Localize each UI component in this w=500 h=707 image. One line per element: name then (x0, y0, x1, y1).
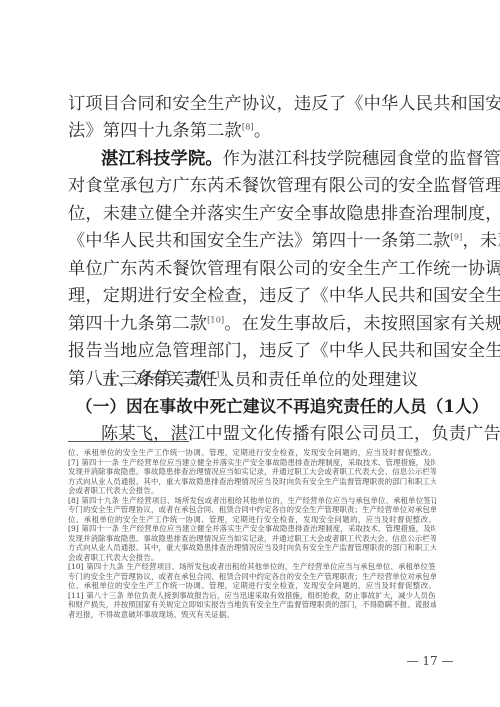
footnote-divider (68, 441, 189, 442)
footnote-line: 者迟报，不得故意破坏事故现场、毁灭有关证据。 (68, 610, 436, 619)
body-line: 第四十九条第二款[10]。在发生事故后，未按照国家有关规定及时 (68, 314, 440, 334)
body-text: 单位广东芮禾餐饮管理有限公司的安全生产工作统一协调、管 (68, 259, 500, 279)
body-text: 《中华人民共和国安全生产法》第四十一条第二款 (68, 231, 451, 251)
footnote-line: [7] 第四十一条 生产经营单位应当建立健全并落实生产安全事故隐患排查治理制度，… (68, 458, 436, 467)
body-text: 法》第四十九条第二款 (68, 121, 242, 141)
body-text: 对食堂承包方广东芮禾餐饮管理有限公司的安全监督管理不到 (68, 176, 500, 196)
body-text: ，未对承包 (462, 231, 500, 251)
footnote-line: 专门的安全生产管理协议，或者在承包合同、租赁合同中约定各自的安全生产管理职责；生… (68, 505, 436, 514)
body-line: 订项目合同和安全生产协议，违反了《中华人民共和国安全生产 (68, 94, 440, 114)
body-line: 对食堂承包方广东芮禾餐饮管理有限公司的安全监督管理不到 (68, 176, 440, 196)
footnote-line: 发现并消除事故隐患。事故隐患排查治理情况应当如实记录，并通过职工大会或者职工代表… (68, 534, 436, 543)
body-line: 位，未建立健全并落实生产安全事故隐患排查治理制度，违反了 (68, 204, 440, 224)
footnote-line: 和财产损失，并按照国家有关规定立即如实报告当地负有安全生产监督管理职责的部门，不… (68, 600, 436, 609)
footnote-line: 发现并消除事故隐患。事故隐患排查治理情况应当如实记录，并通过职工大会或者职工代表… (68, 467, 436, 476)
body-line: 《中华人民共和国安全生产法》第四十一条第二款[9]，未对承包 (68, 231, 440, 251)
body-line: 湛江科技学院。作为湛江科技学院穗园食堂的监督管理方， (101, 149, 440, 169)
footnote-line: 位、承租单位的安全生产工作统一协调、管理，定期进行安全检查，发现安全问题的，应当… (68, 581, 436, 590)
footnote-ref[interactable]: [10] (207, 315, 224, 324)
body-text: 位，未建立健全并落实生产安全事故隐患排查治理制度，违反了 (68, 204, 500, 224)
body-text: 作为湛江科技学院穗园食堂的监督管理方， (223, 149, 500, 169)
body-line: 单位广东芮禾餐饮管理有限公司的安全生产工作统一协调、管 (68, 259, 440, 279)
footnote-line: 位、承租单位的安全生产工作统一协调、管理，定期进行安全检查，发现安全问题的，应当… (68, 515, 436, 524)
footnote-ref[interactable]: [9] (451, 232, 463, 241)
page-number: — 17 — (400, 654, 460, 668)
footnote-line: 位、承租单位的安全生产工作统一协调、管理，定期进行安全检查，发现安全问题的，应当… (68, 448, 436, 457)
body-text: 。 (254, 121, 271, 141)
footnote-line: 方式向从业人员通报。其中，重大事故隐患排查治理情况应当及时向负有安全生产监督管理… (68, 543, 436, 552)
section-heading: 五、对有关责任人员和责任单位的处理建议 (101, 370, 440, 390)
body-text: 报告当地应急管理部门，违反了《中华人民共和国安全生产法》 (68, 341, 500, 361)
footnote-line: [8] 第四十九条 生产经营项目、场所发包或者出租给其他单位的，生产经营单位应当… (68, 496, 436, 505)
footnote-line: 会或者职工代表大会报告。 (68, 486, 436, 495)
body-text: 。在发生事故后，未按照国家有关规定及时 (224, 314, 500, 334)
body-text: 理，定期进行安全检查，违反了《中华人民共和国安全生产法》 (68, 286, 500, 306)
footnote-line: [9] 第四十一条 生产经营单位应当建立健全并落实生产安全事故隐患排查治理制度，… (68, 524, 436, 533)
body-line: 报告当地应急管理部门，违反了《中华人民共和国安全生产法》 (68, 341, 440, 361)
footnote-line: [11] 第八十三条 单位负责人接到事故报告后，应当迅速采取有效措施，组织抢救，… (68, 591, 436, 600)
footnote-line: 会或者职工代表大会报告。 (68, 553, 436, 562)
body-text: 第四十九条第二款 (68, 314, 207, 334)
sub-heading: （一）因在事故中死亡建议不再追究责任的人员（1人） (76, 397, 448, 417)
footnote-ref[interactable]: [8] (242, 122, 254, 131)
body-line: 理，定期进行安全检查，违反了《中华人民共和国安全生产法》 (68, 286, 440, 306)
footnote-line: 专门的安全生产管理协议，或者在承包合同、租赁合同中约定各自的安全生产管理职责；生… (68, 572, 436, 581)
footnote-line: [10] 第四十九条 生产经营项目、场所发包或者出租给其他单位的，生产经营单位应… (68, 562, 436, 571)
body-line: 法》第四十九条第二款[8]。 (68, 121, 440, 141)
entity-name: 湛江科技学院。 (101, 149, 223, 169)
footnote-line: 方式向从业人员通报。其中，重大事故隐患排查治理情况应当及时向负有安全生产监督管理… (68, 477, 436, 486)
body-text: 订项目合同和安全生产协议，违反了《中华人民共和国安全生产 (68, 94, 500, 114)
